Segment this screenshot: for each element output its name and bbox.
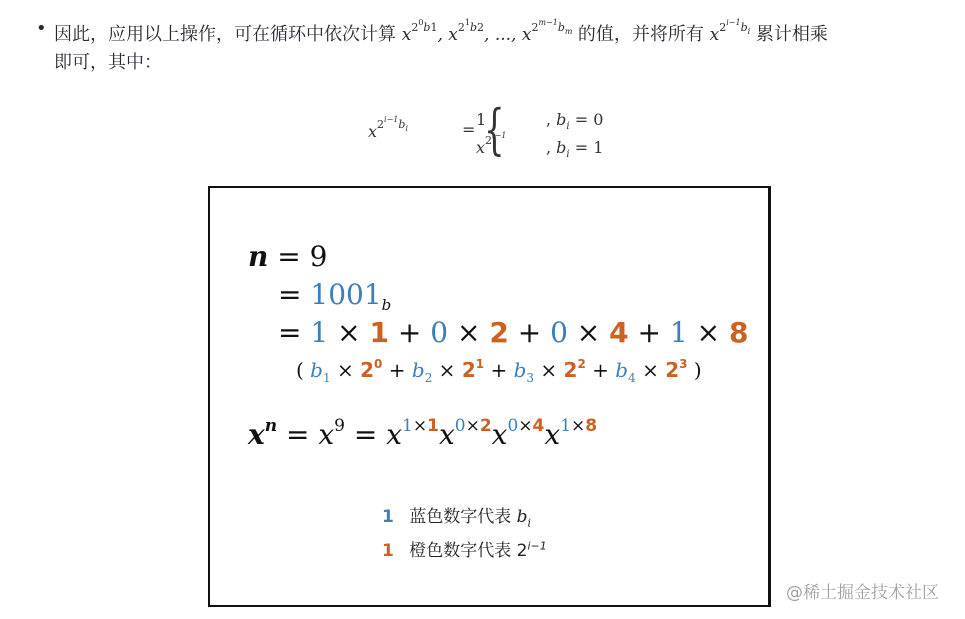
legend-label: 蓝色数字代表 (409, 507, 511, 527)
watermark: @稀土掘金技术社区 (786, 578, 939, 603)
bullet-icon: • (36, 14, 52, 44)
binary-exponent-figure: n = 9 = 1001b = 1 × 1 + 0 × 2 + 0 × 4 + … (208, 186, 771, 607)
case-1-condition: , bi = 0 (546, 110, 603, 132)
equals-sign: = (462, 120, 475, 139)
legend-marker: 1 (382, 541, 394, 561)
inline-math-sequence: x20b1, x21b2, ..., x2m−1bm (402, 25, 578, 45)
text-segment: 累计相乘 (756, 24, 828, 45)
legend-item-orange: 1 橙色数字代表 2i−1 (382, 536, 547, 561)
figure-line-expansion: = 1 × 1 + 0 × 2 + 0 × 4 + 1 × 8 (278, 316, 748, 349)
legend-symbol: 2i−1 (517, 541, 547, 561)
inline-math-term: x2i−1bi (710, 25, 751, 45)
case-2-condition: , bi = 1 (546, 138, 603, 160)
figure-line-general-form: ( b1 × 20 + b2 × 21 + b3 × 22 + b4 × 23 … (296, 358, 702, 382)
case-2-value: x2i−1 (476, 138, 506, 157)
figure-line-binary: = 1001b (278, 278, 391, 311)
figure-line-power: xn = x9 = x1×1x0×2x0×4x1×8 (248, 418, 597, 451)
paragraph-line-1: 因此，应用以上操作，可在循环中依次计算 x20b1, x21b2, ..., x… (54, 20, 828, 56)
case-1-value: 1 (476, 110, 486, 129)
figure-line-n: n = 9 (248, 240, 327, 273)
legend-symbol: bi (517, 507, 531, 527)
text-segment: 因此，应用以上操作，可在循环中依次计算 (54, 24, 396, 45)
piecewise-formula: x2i−1bi = { 1 x2i−1 , bi = 0 , bi = 1 (368, 106, 618, 168)
paragraph-line-2: 即可，其中： (54, 48, 162, 78)
legend-item-blue: 1 蓝色数字代表 bi (382, 502, 531, 529)
formula-lhs: x2i−1bi (368, 122, 408, 142)
text-segment: 的值，并将所有 (578, 24, 704, 45)
legend-marker: 1 (382, 507, 394, 527)
legend-label: 橙色数字代表 (409, 541, 511, 561)
